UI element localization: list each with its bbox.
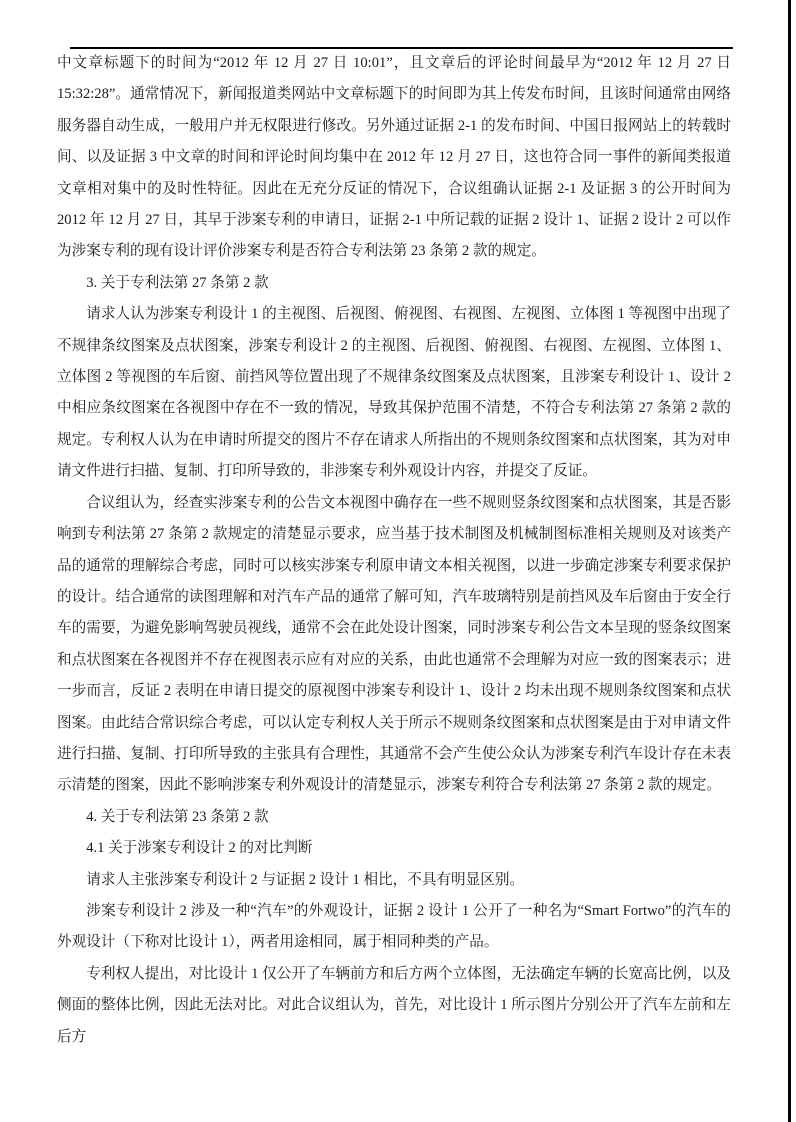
paragraph-petitioner-claims-patterns: 请求人认为涉案专利设计 1 的主视图、后视图、俯视图、右视图、左视图、立体图 1… [57,299,731,487]
paragraph-petitioner-assertion-design-2: 请求人主张涉案专利设计 2 与证据 2 设计 1 相比，不具有明显区别。 [57,865,731,896]
document-page: 中文章标题下的时间为“2012 年 12 月 27 日 10:01”，且文章后的… [0,0,796,1122]
section-heading-design-2-comparison: 4.1 关于涉案专利设计 2 的对比判断 [57,833,731,864]
section-heading-article-27-clause-2: 3. 关于专利法第 27 条第 2 款 [57,268,731,299]
paragraph-continuation-publication-time: 中文章标题下的时间为“2012 年 12 月 27 日 10:01”，且文章后的… [57,48,731,268]
paragraph-panel-opinion-article-27: 合议组认为，经查实涉案专利的公告文本视图中确存在一些不规则竖条纹图案和点状图案，… [57,488,731,802]
scan-edge-artifact-line [788,0,791,1122]
section-heading-article-23-clause-2: 4. 关于专利法第 23 条第 2 款 [57,802,731,833]
paragraph-patentee-argument-views: 专利权人提出，对比设计 1 仅公开了车辆前方和后方两个立体图，无法确定车辆的长宽… [57,959,731,1053]
paragraph-smart-fortwo-comparison: 涉案专利设计 2 涉及一种“汽车”的外观设计，证据 2 设计 1 公开了一种名为… [57,896,731,959]
document-body: 中文章标题下的时间为“2012 年 12 月 27 日 10:01”，且文章后的… [57,48,731,1053]
